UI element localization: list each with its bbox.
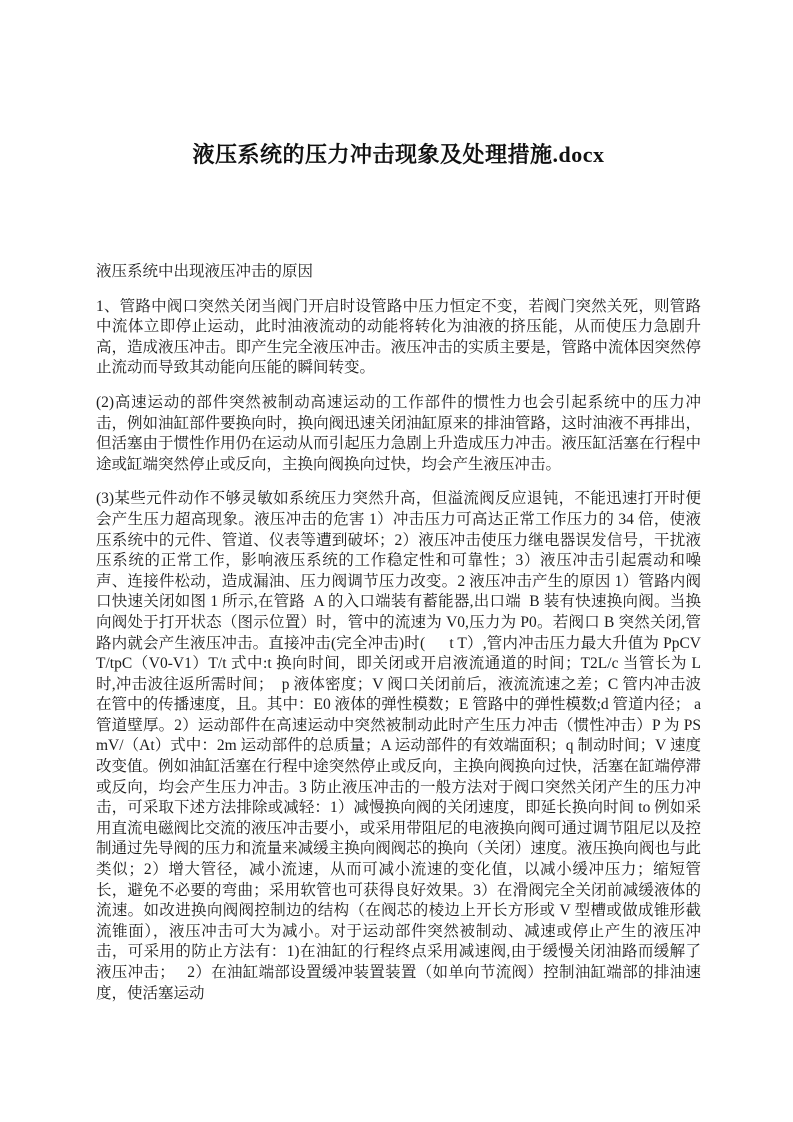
document-body: 液压系统中出现液压冲击的原因 1、管路中阀口突然关闭当阀门开启时设管路中压力恒定… xyxy=(96,262,701,1004)
document-page: 液压系统的压力冲击现象及处理措施.docx 液压系统中出现液压冲击的原因 1、管… xyxy=(0,0,793,1122)
paragraph-cause-3-and-prevention: (3)某些元件动作不够灵敏如系统压力突然升高，但溢流阀反应退钝，不能迅速打开时便… xyxy=(96,489,701,1004)
document-title: 液压系统的压力冲击现象及处理措施.docx xyxy=(96,141,701,168)
paragraph-cause-2: (2)高速运动的部件突然被制动高速运动的工作部件的惯性力也会引起系统中的压力冲击… xyxy=(96,393,701,475)
paragraph-cause-1: 1、管路中阀口突然关闭当阀门开启时设管路中压力恒定不变，若阀门突然关死，则管路中… xyxy=(96,297,701,379)
paragraph-heading: 液压系统中出现液压冲击的原因 xyxy=(96,262,701,283)
